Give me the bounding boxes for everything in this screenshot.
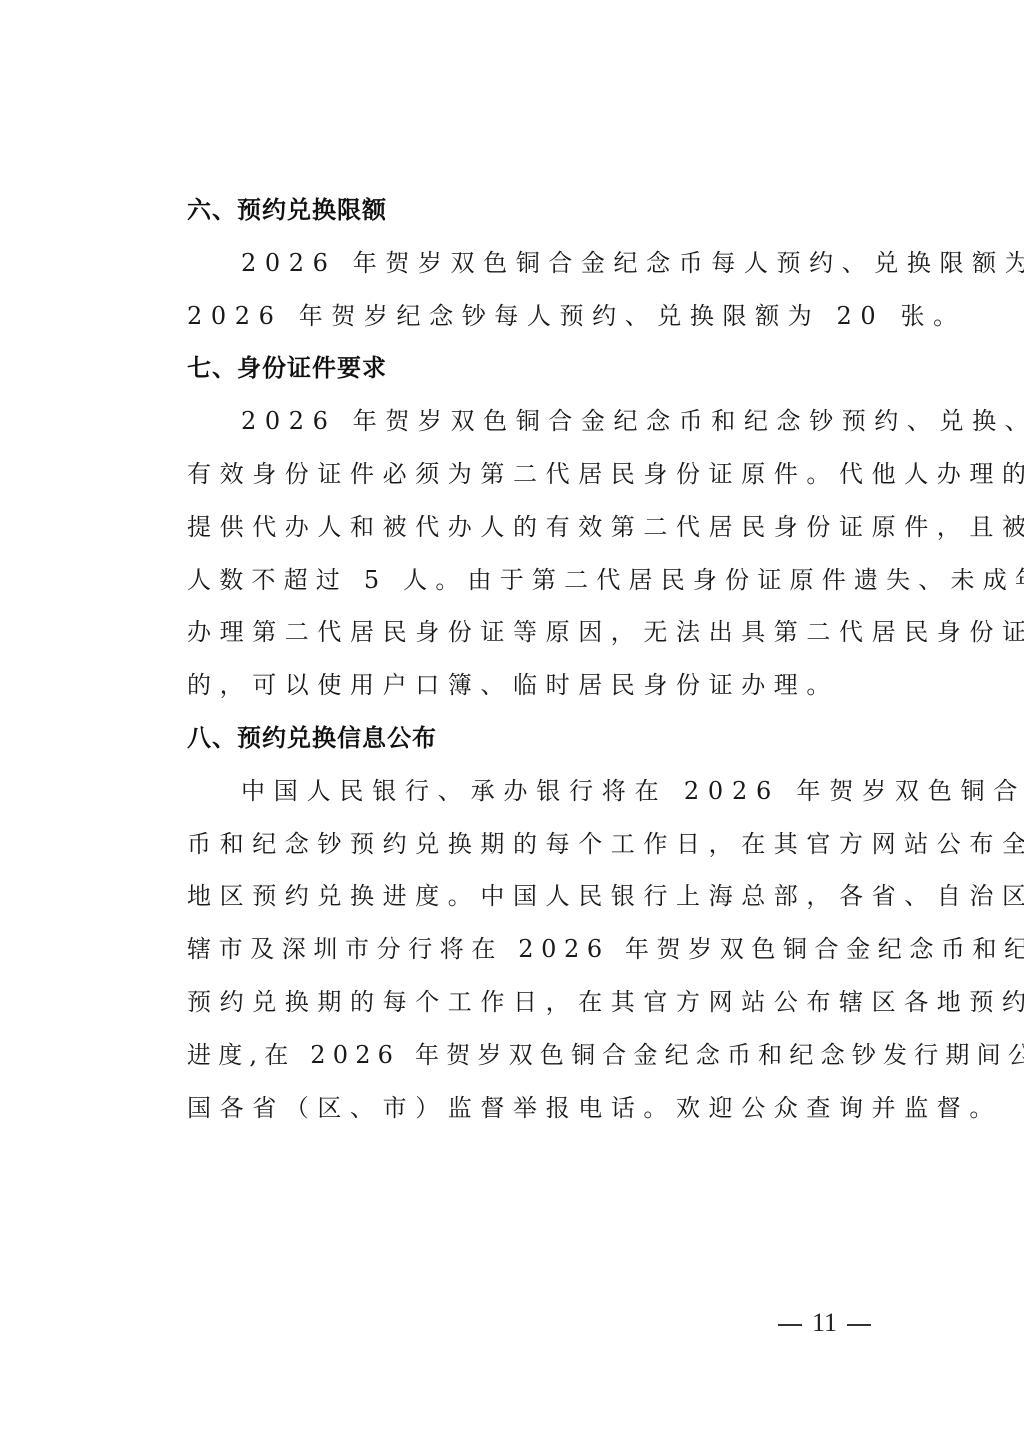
section-heading-7: 七、身份证件要求 [133, 342, 893, 395]
body-line: 国各省（区、市）监督举报电话。欢迎公众查询并监督。 [133, 1082, 893, 1135]
page-number: 11 [812, 1308, 837, 1337]
body-line: 提供代办人和被代办人的有效第二代居民身份证原件，且被代办 [133, 501, 893, 554]
section-8-body: 中国人民银行、承办银行将在 2026 年贺岁双色铜合金纪念 币和纪念钞预约兑换期… [133, 765, 893, 1135]
page-number-footer: 11 [768, 1308, 881, 1338]
page-number-dash-left [778, 1324, 802, 1326]
section-7-body: 2026 年贺岁双色铜合金纪念币和纪念钞预约、兑换、核实的 有效身份证件必须为第… [133, 395, 893, 712]
body-line: 人数不超过 5 人。由于第二代居民身份证原件遗失、未成年人未 [133, 554, 893, 607]
body-line: 2026 年贺岁纪念钞每人预约、兑换限额为 20 张。 [133, 290, 893, 343]
section-heading-8: 八、预约兑换信息公布 [133, 712, 893, 765]
body-line: 预约兑换期的每个工作日，在其官方网站公布辖区各地预约兑换 [133, 976, 893, 1029]
body-line: 有效身份证件必须为第二代居民身份证原件。代他人办理的，须 [133, 448, 893, 501]
section-heading-6: 六、预约兑换限额 [133, 184, 893, 237]
body-line: 币和纪念钞预约兑换期的每个工作日，在其官方网站公布全国各 [133, 818, 893, 871]
body-line: 的，可以使用户口簿、临时居民身份证办理。 [133, 659, 893, 712]
body-line: 2026 年贺岁双色铜合金纪念币每人预约、兑换限额为 20 枚。 [133, 237, 893, 290]
body-line: 2026 年贺岁双色铜合金纪念币和纪念钞预约、兑换、核实的 [133, 395, 893, 448]
body-line: 辖市及深圳市分行将在 2026 年贺岁双色铜合金纪念币和纪念钞 [133, 923, 893, 976]
page-number-dash-right [847, 1324, 871, 1326]
document-body: 六、预约兑换限额 2026 年贺岁双色铜合金纪念币每人预约、兑换限额为 20 枚… [133, 184, 893, 1134]
body-line: 进度,在 2026 年贺岁双色铜合金纪念币和纪念钞发行期间公布全 [133, 1029, 893, 1082]
body-line: 中国人民银行、承办银行将在 2026 年贺岁双色铜合金纪念 [133, 765, 893, 818]
section-6-body: 2026 年贺岁双色铜合金纪念币每人预约、兑换限额为 20 枚。 2026 年贺… [133, 237, 893, 343]
document-page: 六、预约兑换限额 2026 年贺岁双色铜合金纪念币每人预约、兑换限额为 20 枚… [0, 0, 1024, 1448]
body-line: 办理第二代居民身份证等原因，无法出具第二代居民身份证原件 [133, 606, 893, 659]
body-line: 地区预约兑换进度。中国人民银行上海总部，各省、自治区、直 [133, 870, 893, 923]
